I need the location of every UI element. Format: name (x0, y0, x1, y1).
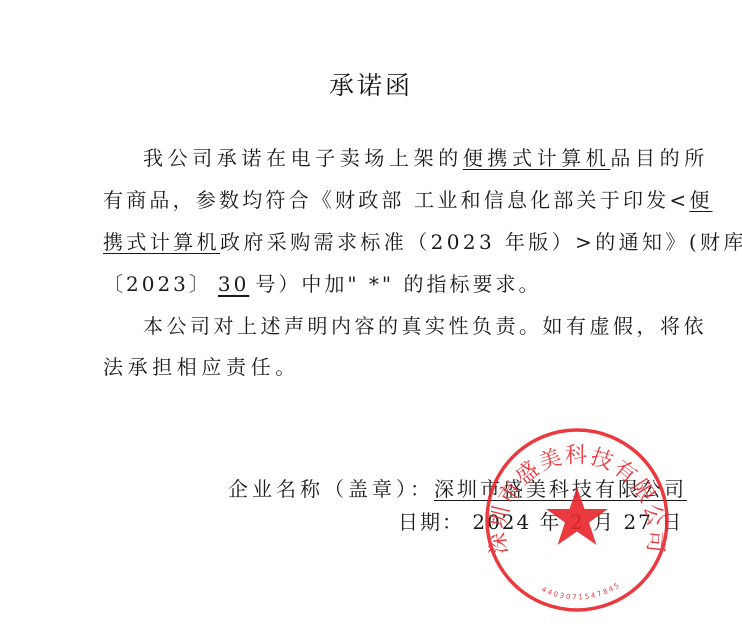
paragraph-1-line-2: 有商品，参数均符合《财政部 工业和信息化部关于印发<便 (103, 188, 713, 212)
company-signature-line: 企业名称（盖章）：深圳市盛美科技有限公司 (228, 477, 687, 501)
paragraph-1-line-1: 我公司承诺在电子卖场上架的便携式计算机品目的所 (143, 146, 709, 170)
paragraph-2-line-2: 法承担相应责任。 (103, 355, 300, 379)
text: 我公司承诺在电子卖场上架的 (143, 146, 463, 170)
date-year: 2024 (472, 510, 531, 534)
date-month-unit: 月 (593, 510, 615, 534)
date-year-unit: 年 (540, 510, 562, 534)
date-line: 日期： 2024 年 2 月 27 日 (398, 510, 683, 534)
seal-code-text: 4403071547845 (540, 580, 622, 601)
text: 法承担相应责任。 (103, 355, 300, 379)
document-title: 承诺函 (0, 66, 742, 102)
company-name: 深圳市盛美科技有限公司 (434, 477, 687, 501)
text: 〔2023〕 (103, 272, 212, 296)
date-month: 2 (570, 510, 585, 534)
text: 本公司对上述声明内容的真实性负责。如有虚假，将依 (143, 314, 707, 338)
text: 品目的所 (610, 146, 708, 170)
text: 有商品，参数均符合《财政部 工业和信息化部关于印发< (103, 188, 689, 212)
product-category-part: 便 (689, 188, 712, 212)
product-category: 便携式计算机 (463, 146, 611, 170)
company-label: 企业名称（盖章）： (228, 477, 434, 501)
paragraph-1-line-4: 〔2023〕30号）中加" *" 的指标要求。 (103, 272, 541, 296)
text: 号）中加" *" 的指标要求。 (255, 272, 541, 296)
paragraph-2-line-1: 本公司对上述声明内容的真实性负责。如有虚假，将依 (143, 314, 707, 338)
date-day: 27 (623, 510, 652, 534)
paragraph-1-line-3: 携式计算机政府采购需求标准（2023 年版）>的通知》(财库 (103, 230, 742, 254)
date-label: 日期： (398, 510, 464, 534)
document-number-blank: 30 (212, 272, 255, 296)
date-day-unit: 日 (661, 510, 683, 534)
product-category-part: 携式计算机 (103, 230, 220, 254)
text: 政府采购需求标准（2023 年版）>的通知》(财库 (220, 230, 742, 254)
